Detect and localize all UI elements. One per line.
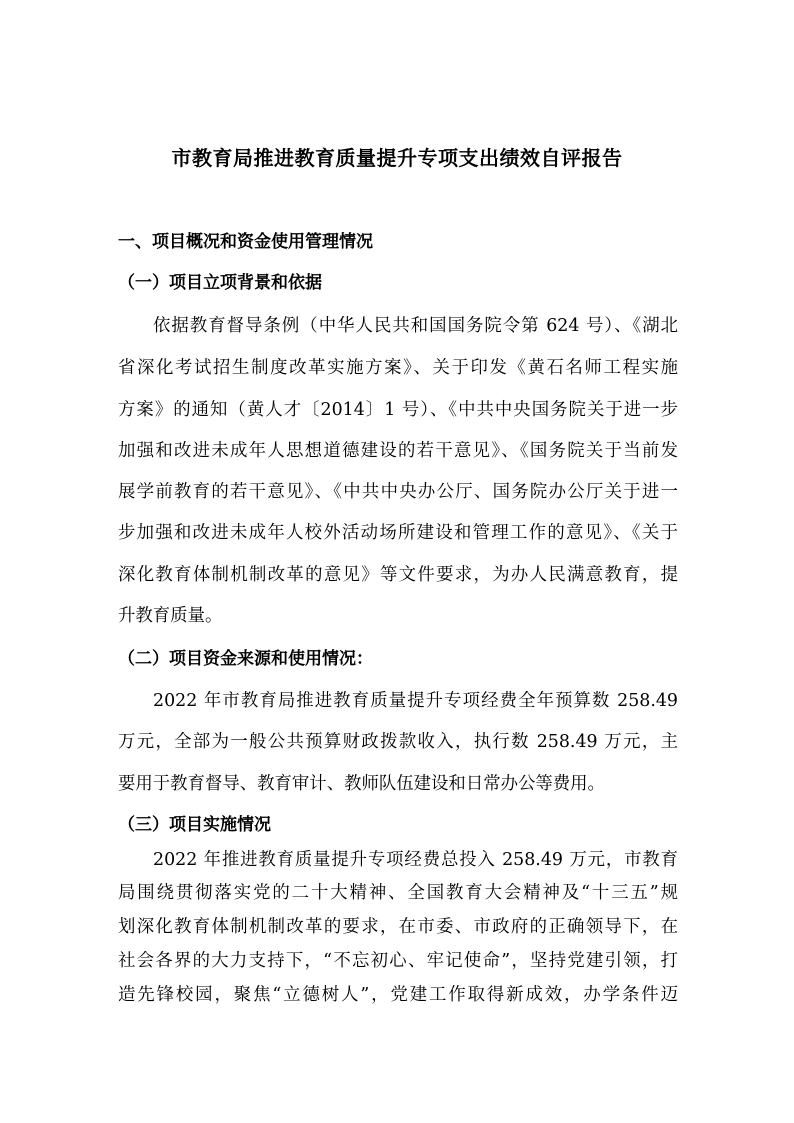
paragraph-line: 造先锋校园，聚焦“立德树人”，党建工作取得新成效，办学条件迈 [118, 982, 678, 1008]
paragraph-line: 省深化考试招生制度改革实施方案》、关于印发《黄石名师工程实施 [118, 355, 678, 381]
paragraph-line: 2022 年推进教育质量提升专项经费总投入 258.49 万元，市教育 [153, 847, 678, 873]
paragraph-line: 依据教育督导条例（中华人民共和国国务院令第 624 号）、《湖北 [153, 313, 678, 339]
document-page: 市教育局推进教育质量提升专项支出绩效自评报告 一、项目概况和资金使用管理情况 （… [0, 0, 794, 1123]
paragraph-line: 加强和改进未成年人思想道德建设的若干意见》、《国务院关于当前发 [118, 438, 678, 464]
paragraph-line: 深化教育体制机制改革的意见》等文件要求，为办人民满意教育，提 [118, 562, 678, 588]
paragraph-line: 2022 年市教育局推进教育质量提升专项经费全年预算数 258.49 [153, 688, 678, 714]
paragraph-line: 步加强和改进未成年人校外活动场所建设和管理工作的意见》、《关于 [118, 520, 678, 546]
subsection-heading-1: （一）项目立项背景和依据 [118, 270, 322, 296]
section-heading-1: 一、项目概况和资金使用管理情况 [118, 229, 373, 255]
paragraph-line: 划深化教育体制机制改革的要求，在市委、市政府的正确领导下，在 [118, 914, 678, 940]
paragraph-line: 方案》的通知（黄人才〔2014〕1 号）、《中共中央国务院关于进一步 [118, 397, 678, 423]
paragraph-line: 局围绕贯彻落实党的二十大精神、全国教育大会精神及“十三五”规 [118, 880, 678, 906]
document-title: 市教育局推进教育质量提升专项支出绩效自评报告 [0, 143, 794, 173]
paragraph-line: 社会各界的大力支持下，“不忘初心、牢记使命”，坚持党建引领，打 [118, 948, 678, 974]
paragraph-line: 要用于教育督导、教育审计、教师队伍建设和日常办公等费用。 [118, 771, 678, 797]
paragraph-line: 展学前教育的若干意见》、《中共中央办公厅、国务院办公厅关于进一 [118, 479, 678, 505]
subsection-heading-2: （二）项目资金来源和使用情况： [118, 646, 373, 672]
subsection-heading-3: （三）项目实施情况 [118, 812, 271, 838]
paragraph-line: 升教育质量。 [118, 603, 678, 629]
paragraph-line: 万元，全部为一般公共预算财政拨款收入，执行数 258.49 万元，主 [118, 729, 678, 755]
